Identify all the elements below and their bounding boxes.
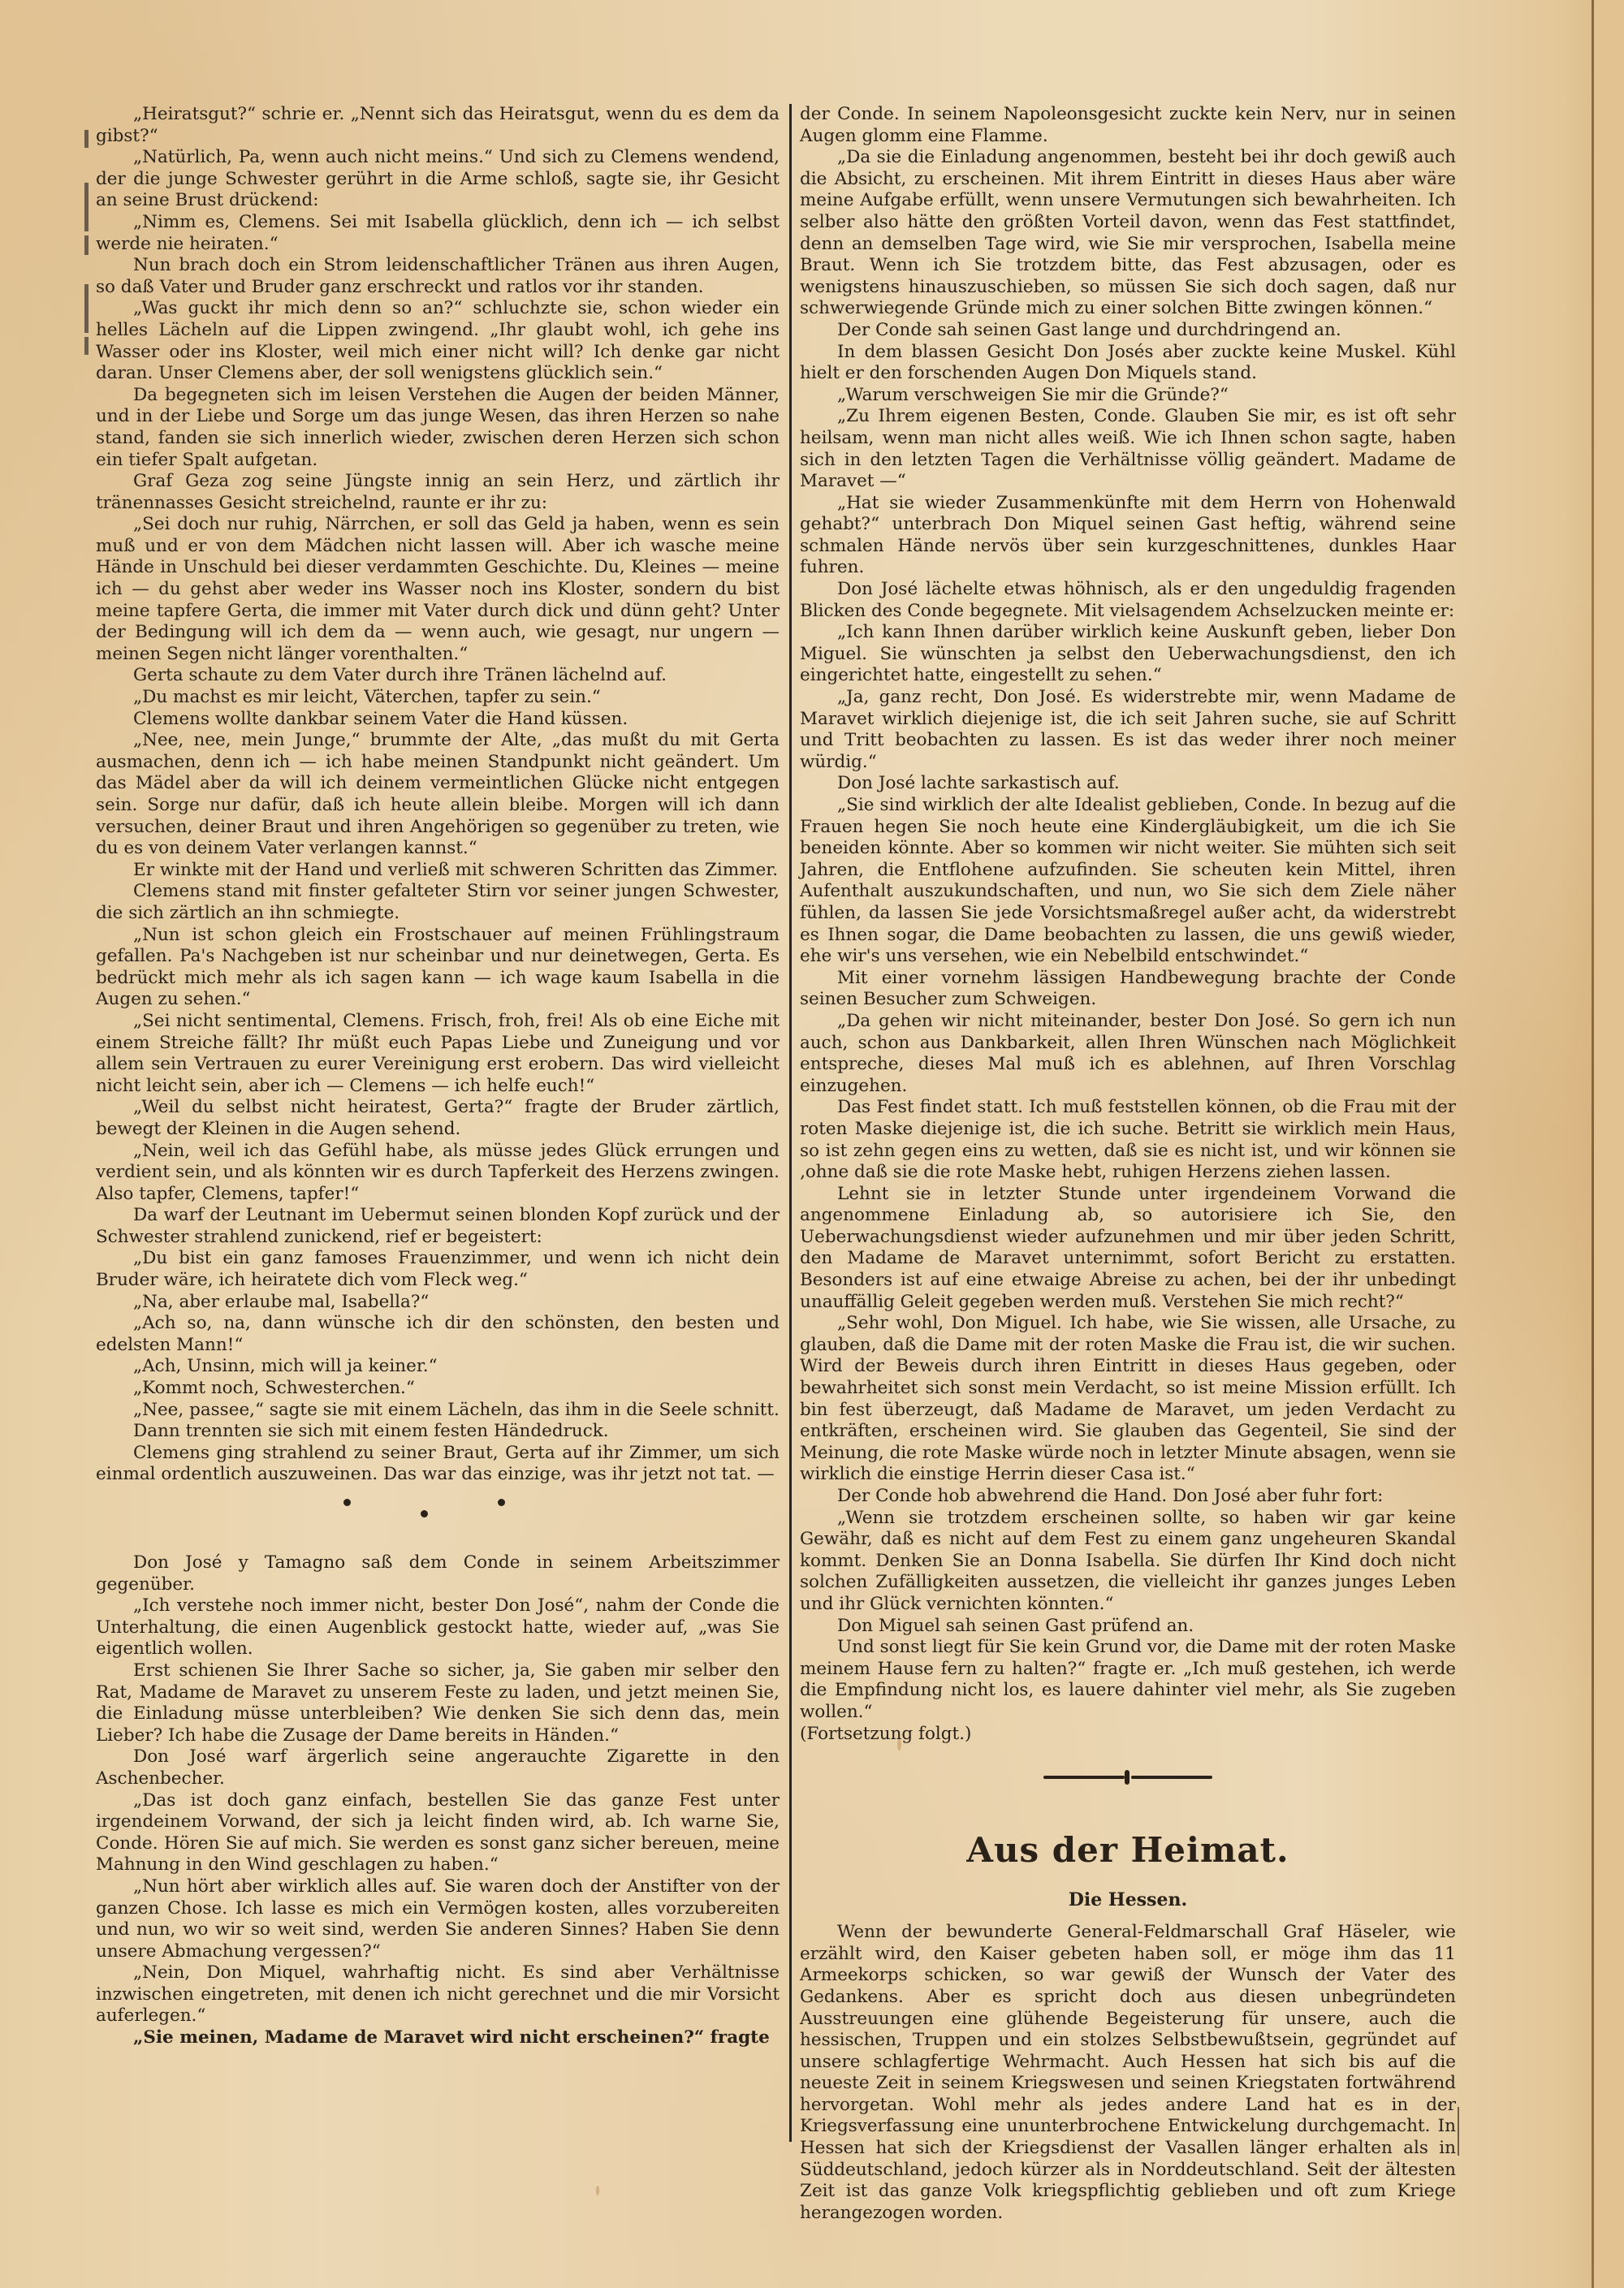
paragraph: „Ich verstehe noch immer nicht, bester D… <box>96 1595 780 1660</box>
left-column-part-2: Don José y Tamagno saß dem Conde in sein… <box>96 1552 780 2049</box>
paragraph: Das Fest findet statt. Ich muß feststell… <box>800 1097 1456 1183</box>
paragraph: „Sie sind wirklich der alte Idealist geb… <box>800 795 1456 968</box>
paragraph: Und sonst liegt für Sie kein Grund vor, … <box>800 1637 1456 1723</box>
column-divider-rule <box>789 104 792 2142</box>
paragraph: „Das ist doch ganz einfach, bestellen Si… <box>96 1790 780 1876</box>
paragraph: „Warum verschweigen Sie mir die Gründe?“ <box>800 385 1456 407</box>
continuation-note: (Fortsetzung folgt.) <box>800 1724 1456 1746</box>
paragraph: der Conde. In seinem Napoleonsgesicht zu… <box>800 104 1456 147</box>
paragraph: „Heiratsgut?“ schrie er. „Nennt sich das… <box>96 104 780 147</box>
paragraph: Der Conde hob abwehrend die Hand. Don Jo… <box>800 1486 1456 1508</box>
section-aus-der-heimat: Aus der Heimat. Die Hessen. Wenn der bew… <box>800 1829 1456 2224</box>
left-column: „Heiratsgut?“ schrie er. „Nennt sich das… <box>96 104 780 2049</box>
paragraph: Clemens ging strahlend zu seiner Braut, … <box>96 1443 780 1486</box>
paragraph: Don José lachte sarkastisch auf. <box>800 773 1456 795</box>
page-fold-line <box>1592 0 1594 2288</box>
paragraph: „Nun ist schon gleich ein Frostschauer a… <box>96 925 780 1011</box>
right-column-story: der Conde. In seinem Napoleonsgesicht zu… <box>800 104 1456 1745</box>
paragraph: „Du machst es mir leicht, Väterchen, tap… <box>96 687 780 709</box>
paragraph: „Wenn sie trotzdem erscheinen sollte, so… <box>800 1508 1456 1616</box>
paragraph: Wenn der bewunderte General-Feldmarschal… <box>800 1922 1456 2224</box>
paragraph: „Natürlich, Pa, wenn auch nicht meins.“ … <box>96 147 780 212</box>
paper-stain <box>596 2186 599 2195</box>
paragraph: Gerta schaute zu dem Vater durch ihre Tr… <box>96 665 780 687</box>
paragraph: Erst schienen Sie Ihrer Sache so sicher,… <box>96 1660 780 1746</box>
paragraph: „Nein, weil ich das Gefühl habe, als müs… <box>96 1141 780 1206</box>
right-column: der Conde. In seinem Napoleonsgesicht zu… <box>800 104 1456 2224</box>
paragraph: „Da gehen wir nicht miteinander, bester … <box>800 1011 1456 1097</box>
paragraph: Don Miguel sah seinen Gast prüfend an. <box>800 1616 1456 1638</box>
paragraph: „Nee, passee,“ sagte sie mit einem Läche… <box>96 1400 780 1422</box>
paragraph: Clemens wollte dankbar seinem Vater die … <box>96 709 780 731</box>
paragraph: „Sie meinen, Madame de Maravet wird nich… <box>96 2027 780 2049</box>
paragraph: „Du bist ein ganz famoses Frauenzimmer, … <box>96 1248 780 1291</box>
paragraph: „Hat sie wieder Zusammenkünfte mit dem H… <box>800 493 1456 579</box>
asterism-dot <box>421 1510 428 1517</box>
paragraph: „Sei doch nur ruhig, Närrchen, er soll d… <box>96 514 780 665</box>
paragraph: „Ach so, na, dann wünsche ich dir den sc… <box>96 1313 780 1356</box>
paragraph: „Was guckt ihr mich denn so an?“ schluch… <box>96 298 780 384</box>
ornament-center <box>1125 1770 1129 1785</box>
paragraph: „Sei nicht sentimental, Clemens. Frisch,… <box>96 1011 780 1097</box>
paragraph: Er winkte mit der Hand und verließ mit s… <box>96 860 780 882</box>
paragraph: „Nein, Don Miquel, wahrhaftig nicht. Es … <box>96 1962 780 2027</box>
paragraph: Dann trennten sie sich mit einem festen … <box>96 1421 780 1443</box>
paragraph: „Ach, Unsinn, mich will ja keiner.“ <box>96 1356 780 1378</box>
section-title: Aus der Heimat. <box>800 1829 1456 1871</box>
left-column-part-1: „Heiratsgut?“ schrie er. „Nennt sich das… <box>96 104 780 1486</box>
paragraph: Lehnt sie in letzter Stunde unter irgend… <box>800 1184 1456 1314</box>
paragraph: Nun brach doch ein Strom leidenschaftlic… <box>96 255 780 298</box>
paragraph: „Nimm es, Clemens. Sei mit Isabella glüc… <box>96 212 780 255</box>
paragraph: Da warf der Leutnant im Uebermut seinen … <box>96 1205 780 1248</box>
paragraph: Clemens stand mit finster gefalteter Sti… <box>96 881 780 924</box>
section-subtitle: Die Hessen. <box>800 1888 1456 1912</box>
paragraph: „Nee, nee, mein Junge,“ brummte der Alte… <box>96 730 780 860</box>
asterism-separator <box>96 1487 780 1543</box>
paragraph: Graf Geza zog seine Jüngste innig an sei… <box>96 471 780 514</box>
paragraph: Don José warf ärgerlich seine angeraucht… <box>96 1746 780 1789</box>
paragraph: „Sehr wohl, Don Miguel. Ich habe, wie Si… <box>800 1313 1456 1486</box>
paragraph: „Zu Ihrem eigenen Besten, Conde. Glauben… <box>800 406 1456 492</box>
paragraph: In dem blassen Gesicht Don Josés aber zu… <box>800 342 1456 385</box>
paragraph: „Ja, ganz recht, Don José. Es widerstreb… <box>800 687 1456 773</box>
paragraph: „Na, aber erlaube mal, Isabella?“ <box>96 1292 780 1314</box>
asterism-dot <box>343 1499 351 1506</box>
paragraph: „Kommt noch, Schwesterchen.“ <box>96 1378 780 1400</box>
paragraph: „Weil du selbst nicht heiratest, Gerta?“… <box>96 1097 780 1140</box>
paragraph: „Nun hört aber wirklich alles auf. Sie w… <box>96 1876 780 1962</box>
paragraph: Der Conde sah seinen Gast lange und durc… <box>800 320 1456 342</box>
ornamental-rule-separator <box>800 1763 1456 1795</box>
asterism-dot <box>498 1499 505 1506</box>
paragraph: „Ich kann Ihnen darüber wirklich keine A… <box>800 622 1456 687</box>
right-margin-rule <box>1458 2107 1459 2156</box>
ornament-bar <box>1131 1776 1212 1779</box>
paragraph: Mit einer vornehm lässigen Handbewegung … <box>800 968 1456 1011</box>
paragraph: „Da sie die Einladung angenommen, besteh… <box>800 147 1456 320</box>
paragraph: Don José lächelte etwas höhnisch, als er… <box>800 579 1456 622</box>
ornament-bar <box>1043 1776 1125 1779</box>
paragraph: Don José y Tamagno saß dem Conde in sein… <box>96 1552 780 1595</box>
page-edge-strip <box>1594 0 1624 2288</box>
paragraph: Da begegneten sich im leisen Verstehen d… <box>96 385 780 471</box>
